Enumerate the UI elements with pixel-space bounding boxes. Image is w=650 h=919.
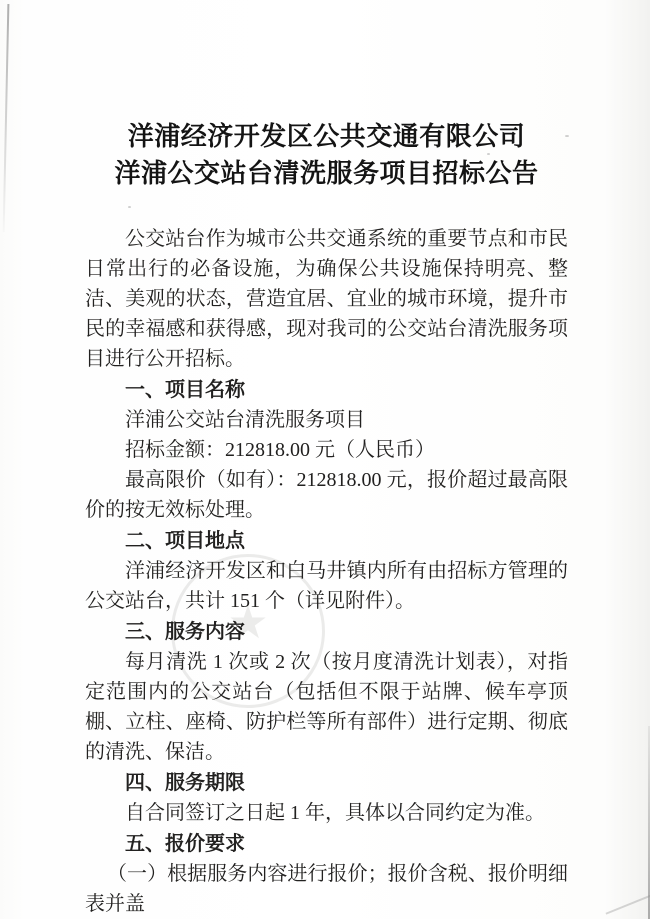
paragraph: 洋浦经济开发区和白马井镇内所有由招标方管理的公交站台，共计 151 个（详见附件… bbox=[85, 556, 568, 616]
paragraph: （一）根据服务内容进行报价；报价含税、报价明细表并盖 bbox=[85, 859, 568, 919]
section-heading: 五、报价要求 bbox=[85, 828, 568, 859]
section-project-name: 一、项目名称 洋浦公交站台清洗服务项目 招标金额：212818.00 元（人民币… bbox=[85, 374, 568, 525]
section-project-location: 二、项目地点 洋浦经济开发区和白马井镇内所有由招标方管理的公交站台，共计 151… bbox=[85, 525, 568, 616]
scanned-document-page: ★ 洋浦经济开发区公共交通有限公司 洋浦公交站台清洗服务项目招标公告 公交站台作… bbox=[0, 0, 650, 919]
paragraph: 自合同签订之日起 1 年，具体以合同约定为准。 bbox=[85, 798, 568, 828]
document-content: 洋浦经济开发区公共交通有限公司 洋浦公交站台清洗服务项目招标公告 公交站台作为城… bbox=[85, 0, 568, 919]
scan-corner-artifact bbox=[606, 893, 650, 914]
title-line-2: 洋浦公交站台清洗服务项目招标公告 bbox=[85, 155, 568, 192]
section-heading: 四、服务期限 bbox=[85, 767, 568, 798]
paragraph: 最高限价（如有）：212818.00 元，报价超过最高限价的按无效标处理。 bbox=[85, 465, 568, 525]
intro-paragraph: 公交站台作为城市公共交通系统的重要节点和市民日常出行的必备设施，为确保公共设施保… bbox=[85, 224, 568, 374]
section-heading: 二、项目地点 bbox=[85, 525, 568, 556]
section-heading: 一、项目名称 bbox=[85, 374, 568, 405]
section-quotation-requirements: 五、报价要求 （一）根据服务内容进行报价；报价含税、报价明细表并盖 bbox=[85, 828, 568, 919]
paragraph: 洋浦公交站台清洗服务项目 bbox=[85, 405, 568, 435]
document-title: 洋浦经济开发区公共交通有限公司 洋浦公交站台清洗服务项目招标公告 bbox=[85, 118, 568, 192]
section-heading: 三、服务内容 bbox=[85, 616, 568, 647]
section-service-content: 三、服务内容 每月清洗 1 次或 2 次（按月度清洗计划表），对指定范围内的公交… bbox=[85, 616, 568, 767]
title-line-1: 洋浦经济开发区公共交通有限公司 bbox=[85, 118, 568, 155]
section-service-term: 四、服务期限 自合同签订之日起 1 年，具体以合同约定为准。 bbox=[85, 767, 568, 828]
paragraph: 招标金额：212818.00 元（人民币） bbox=[85, 435, 568, 465]
document-body: 公交站台作为城市公共交通系统的重要节点和市民日常出行的必备设施，为确保公共设施保… bbox=[85, 224, 568, 919]
paragraph: 每月清洗 1 次或 2 次（按月度清洗计划表），对指定范围内的公交站台（包括但不… bbox=[85, 647, 568, 767]
scan-edge-artifact-left bbox=[3, 4, 10, 232]
